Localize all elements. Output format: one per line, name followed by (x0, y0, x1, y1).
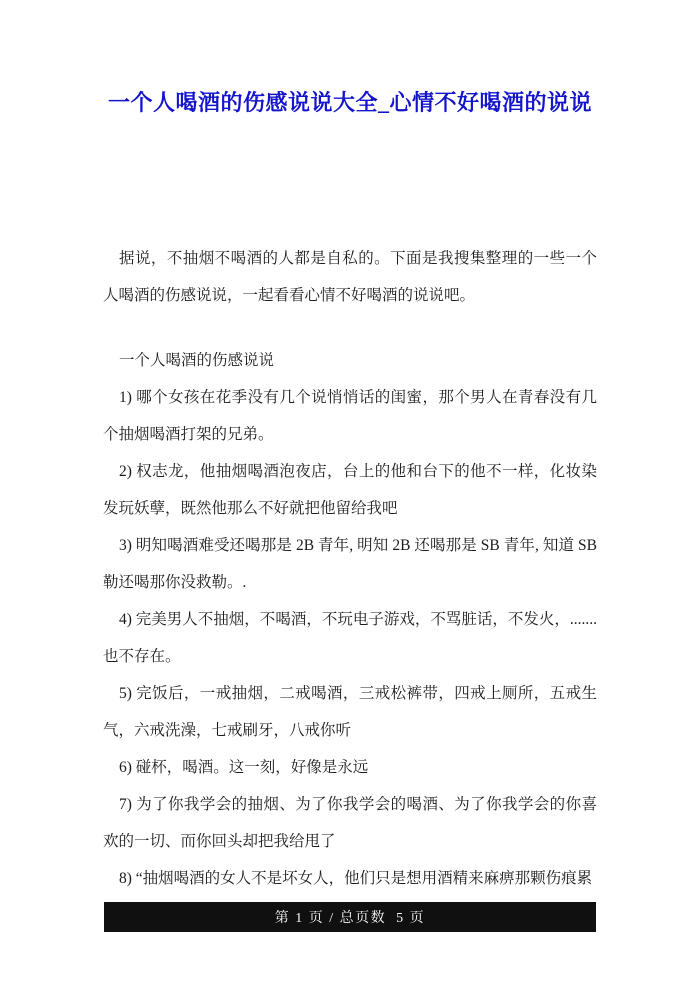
document-page: 一个人喝酒的伤感说说大全_心情不好喝酒的说说 据说，不抽烟不喝酒的人都是自私的。… (0, 0, 700, 989)
page-number-text: 第 1 页 / 总页数 5 页 (275, 907, 425, 927)
list-item-2: 2) 权志龙，他抽烟喝酒泡夜店，台上的他和台下的他不一样，化妆染发玩妖孽，既然他… (103, 453, 597, 527)
list-item-1: 1) 哪个女孩在花季没有几个说悄悄话的闺蜜，那个男人在青春没有几个抽烟喝酒打架的… (103, 379, 597, 453)
list-item-4: 4) 完美男人不抽烟，不喝酒，不玩电子游戏，不骂脏话，不发火，....... 也… (103, 601, 597, 675)
intro-paragraph: 据说，不抽烟不喝酒的人都是自私的。下面是我搜集整理的一些一个人喝酒的伤感说说，一… (103, 240, 597, 314)
section-heading: 一个人喝酒的伤感说说 (103, 342, 597, 379)
document-body: 据说，不抽烟不喝酒的人都是自私的。下面是我搜集整理的一些一个人喝酒的伤感说说，一… (103, 240, 597, 897)
page-footer-bar: 第 1 页 / 总页数 5 页 (104, 902, 596, 932)
list-item-5: 5) 完饭后，一戒抽烟，二戒喝酒，三戒松裤带，四戒上厕所，五戒生气，六戒洗澡，七… (103, 675, 597, 749)
list-item-8: 8) “抽烟喝酒的女人不是坏女人，他们只是想用酒精来麻痹那颗伤痕累 (103, 860, 597, 897)
document-title: 一个人喝酒的伤感说说大全_心情不好喝酒的说说 (100, 80, 600, 126)
list-item-3: 3) 明知喝酒难受还喝那是 2B 青年, 明知 2B 还喝那是 SB 青年, 知… (103, 527, 597, 601)
list-item-7: 7) 为了你我学会的抽烟、为了你我学会的喝酒、为了你我学会的你喜欢的一切、而你回… (103, 786, 597, 860)
list-item-6: 6) 碰杯，喝酒。这一刻，好像是永远 (103, 749, 597, 786)
